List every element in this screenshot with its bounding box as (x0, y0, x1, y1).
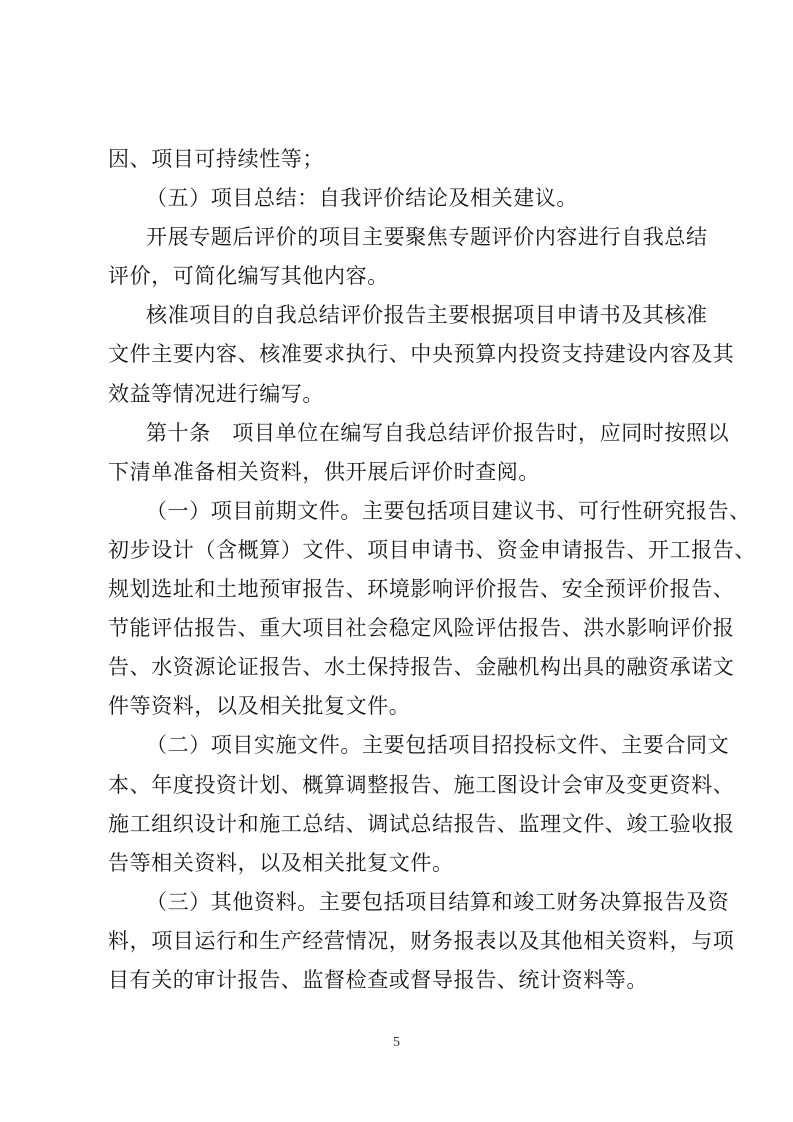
text-line: （二）项目实施文件。主要包括项目招投标文件、主要合同文 (108, 726, 688, 765)
text-line: 文件主要内容、核准要求执行、中央预算内投资支持建设内容及其 (108, 335, 688, 374)
text-line: 规划选址和土地预审报告、环境影响评价报告、安全预评价报告、 (108, 570, 688, 609)
text-line: 目有关的审计报告、监督检查或督导报告、统计资料等。 (108, 961, 688, 1000)
text-line: 件等资料，以及相关批复文件。 (108, 687, 688, 726)
text-line: 告、水资源论证报告、水土保持报告、金融机构出具的融资承诺文 (108, 648, 688, 687)
text-line: 下清单准备相关资料，供开展后评价时查阅。 (108, 453, 688, 492)
text-line: 第十条 项目单位在编写自我总结评价报告时，应同时按照以 (108, 414, 688, 453)
text-line: 初步设计（含概算）文件、项目申请书、资金申请报告、开工报告、 (108, 531, 688, 570)
text-line: 节能评估报告、重大项目社会稳定风险评估报告、洪水影响评价报 (108, 609, 688, 648)
body-text: 因、项目可持续性等； （五）项目总结：自我评价结论及相关建议。 开展专题后评价的… (108, 140, 688, 1000)
text-line: 因、项目可持续性等； (108, 140, 688, 179)
text-line: 开展专题后评价的项目主要聚焦专题评价内容进行自我总结 (108, 218, 688, 257)
document-page: 因、项目可持续性等； （五）项目总结：自我评价结论及相关建议。 开展专题后评价的… (0, 0, 793, 1122)
text-line: 告等相关资料，以及相关批复文件。 (108, 844, 688, 883)
text-line: （一）项目前期文件。主要包括项目建议书、可行性研究报告、 (108, 492, 688, 531)
text-line: （五）项目总结：自我评价结论及相关建议。 (108, 179, 688, 218)
text-line: 评价，可简化编写其他内容。 (108, 257, 688, 296)
text-line: （三）其他资料。主要包括项目结算和竣工财务决算报告及资 (108, 883, 688, 922)
text-line: 效益等情况进行编写。 (108, 375, 688, 414)
text-line: 本、年度投资计划、概算调整报告、施工图设计会审及变更资料、 (108, 766, 688, 805)
page-number: 5 (0, 1035, 793, 1051)
text-line: 施工组织设计和施工总结、调试总结报告、监理文件、竣工验收报 (108, 805, 688, 844)
text-line: 料，项目运行和生产经营情况，财务报表以及其他相关资料，与项 (108, 922, 688, 961)
text-line: 核准项目的自我总结评价报告主要根据项目申请书及其核准 (108, 296, 688, 335)
